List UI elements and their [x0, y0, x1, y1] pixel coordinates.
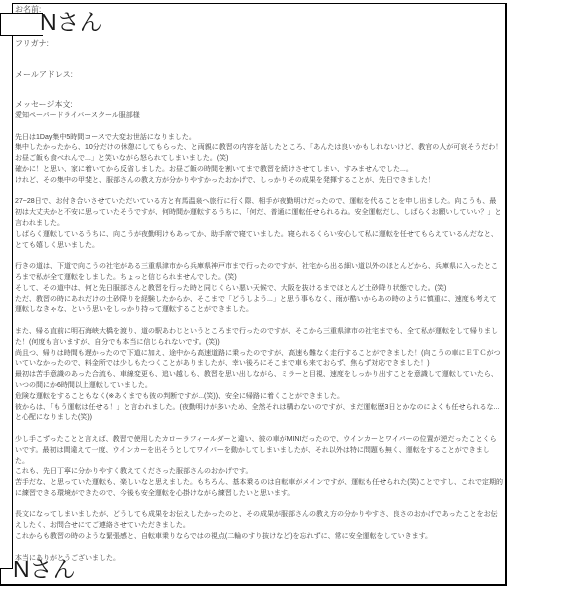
message-line: また、帰る直前に明石海峡大橋を渡り、道の駅あわじというところまで行ったのですが、…	[15, 327, 504, 338]
furigana-label: フリガナ:	[15, 39, 49, 48]
message-line	[15, 122, 504, 133]
message-line: 尚且つ、帰りは時間も遅かったので下道に加え、途中から高速道路に乗ったのですが、高…	[15, 349, 504, 360]
message-line: えしたく、お問合せにてご連絡させていただきました。	[15, 521, 504, 532]
message-line	[15, 316, 504, 327]
message-line: 運転しなきゃな、という思いをしっかり持って運転することができました。	[15, 305, 504, 316]
message-line: そして、その道中は、何と先日服部さんと教習を行った時と同じくらい悪い天候で、大阪…	[15, 284, 504, 295]
message-line: お昼ご飯も食べれんで...」と笑いながら怒られてしまいました。(笑)	[15, 154, 504, 165]
message-line: ろまで私が全て運転をしました。ちょっと信じられませんでした。(笑)	[15, 273, 504, 284]
signature-redaction-border-top	[0, 568, 13, 569]
message-line: 危険な運転をすることもなく(※あくまでも彼の判断ですが...(笑))、安全に帰路…	[15, 392, 504, 403]
message-line: しばらく運転しているうちに、向こうが夜勤明けもあってか、助手席で寝ていました。寝…	[15, 230, 504, 241]
message-label: メッセージ本文:	[15, 100, 73, 109]
form-border-top	[12, 3, 506, 4]
message-line: 初は大丈夫かと不安に思っていたそうですが、何時間か運転するうちに、「何だ、普通に…	[15, 208, 504, 219]
message-line: に練習できる環境ができたので、今後も安全運転を心掛けながら練習したいと思います。	[15, 489, 504, 500]
message-line	[15, 187, 504, 198]
message-line: これも、先日丁寧に分かりやすく教えてくださった服部さんのおかげです。	[15, 467, 504, 478]
form-border-left-lower	[12, 35, 13, 569]
message-line: 行きの道は、下道で向こうの社宅がある三重県津市から兵庫県神戸市まで行ったのですが…	[15, 262, 504, 273]
message-body: 愛知ペーパードライバースクール服部様 先日は1Day集中5時間コースで大変お世話…	[15, 111, 504, 564]
form-border-bottom	[0, 584, 507, 586]
message-line	[15, 500, 504, 511]
message-line: ただ、教習の時にあれだけの土砂降りを経験したからか、そこまで「どうしよう...」…	[15, 295, 504, 306]
form-submission-screenshot: お名前: フリガナ: メールアドレス: メッセージ本文: Nさん 愛知ペーパード…	[0, 0, 577, 598]
message-line: とても嬉しく思いました。	[15, 241, 504, 252]
signature-value: Nさん	[13, 557, 76, 582]
message-line: 先日は1Day集中5時間コースで大変お世話になりました。	[15, 133, 504, 144]
message-line: 長文になってしまいましたが、どうしても成果をお伝えしたかったのと、その成果が服部…	[15, 510, 504, 521]
form-border-right	[505, 3, 507, 586]
message-line: た！(何度も言いますが、自分でも本当に信じられないです。(笑))	[15, 338, 504, 349]
message-line: 最初は苦手意識のあった合流も、車線変更も、追い越しも、教習を思い出しながら、ミラ…	[15, 370, 504, 381]
message-line: いつの間にか6時間以上運転していました。	[15, 381, 504, 392]
message-line: いです。最初は間違えて一度、ウインカーを出そうとしてワイパーを動かしてしまいまし…	[15, 446, 504, 457]
message-line: これからも教習の時のような緊張感と、自転車乗りならではの視点(二輪のすり抜けなど…	[15, 532, 504, 543]
message-line: 愛知ペーパードライバースクール服部様	[15, 111, 504, 122]
message-line: 彼からは、「もう運転は任せる！」と言われました。(夜勤明けが多いため、全然それは…	[15, 403, 504, 414]
message-line: 言われました。	[15, 219, 504, 230]
message-line: 27~28日で、お付き合いさせていただいている方と有馬温泉へ旅行に行く際、相手が…	[15, 197, 504, 208]
message-line: けれど、その集中の甲斐と、服部さんの教え方が分かりやすかったおかげで、しっかりそ…	[15, 176, 504, 187]
message-line: 苦手だな、と思っていた運転も、楽しいなと思えました。もちろん、基本乗るのは自転車…	[15, 478, 504, 489]
message-line: と心配になりました(笑))	[15, 413, 504, 424]
message-line: いていなかったので、料金所では少しもたつくことがありましたが、幸い後ろにそこまで…	[15, 359, 504, 370]
message-line: 本当にありがとうございました。	[15, 554, 504, 565]
message-line: 集中したかったから、10分だけの休憩にしてもらった、と両親に教習の内容を話したと…	[15, 143, 504, 154]
message-line	[15, 543, 504, 554]
message-line	[15, 251, 504, 262]
message-line: 確かに！と思い、家に着いてから反省しました。お昼ご飯の時間を割いてまで教習を続け…	[15, 165, 504, 176]
name-redaction-box	[0, 13, 43, 36]
message-line: た。	[15, 457, 504, 468]
message-line: 少し手こずったことと言えば、教習で使用したカローラフィールダーと違い、彼の車がM…	[15, 435, 504, 446]
signature-redaction-border-left	[0, 568, 1, 585]
name-value: Nさん	[40, 10, 103, 35]
message-line	[15, 424, 504, 435]
email-label: メールアドレス:	[15, 70, 73, 79]
